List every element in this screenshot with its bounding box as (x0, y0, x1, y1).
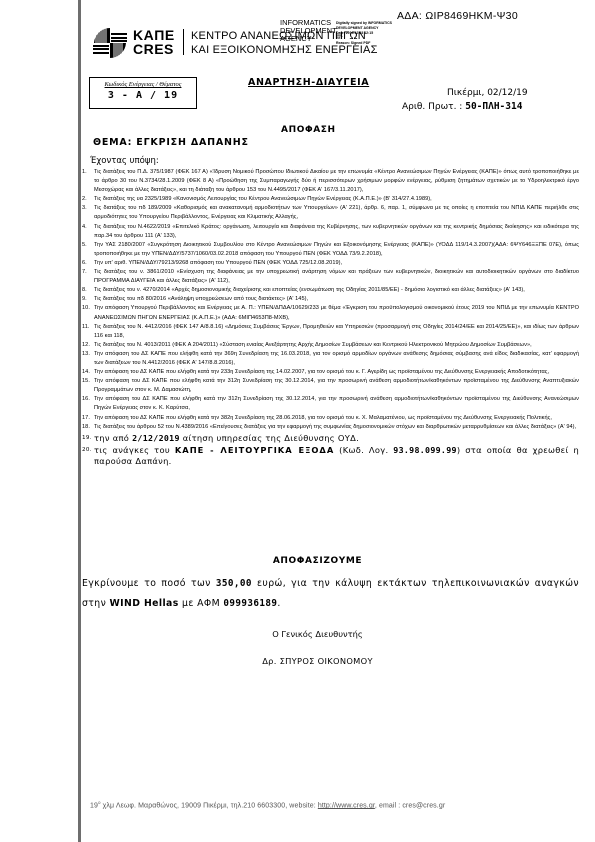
consideration-item: 12.Τις διατάξεις του Ν. 4013/2011 (ΦΕΚ Α… (82, 341, 579, 350)
consideration-item: 1.Τις διατάξεις του Π.Δ. 375/1987 (ΦΕΚ 1… (82, 168, 579, 195)
item-number: 6. (82, 259, 92, 268)
protocol-label: Αριθ. Πρωτ. : (402, 102, 462, 112)
consideration-item: 14.Την απόφαση του ΔΣ ΚΑΠΕ που ελήφθη κα… (82, 368, 579, 377)
posting-label: ΑΝΑΡΤΗΣΗ-ΔΙΑΥΓΕΙΑ (248, 77, 369, 88)
item-number: 11. (82, 323, 92, 332)
consideration-item: 20. τις ανάγκες του ΚΑΠΕ - ΛΕΙΤΟΥΡΓΙΚΑ Ε… (82, 445, 579, 467)
item-number: 1. (82, 168, 92, 177)
item-text: αίτηση υπηρεσίας της Διεύθυνσης ΟΥΔ. (180, 433, 359, 443)
email-link[interactable]: cres@cres.gr (402, 802, 445, 809)
document-date: Πικέρμι, 02/12/19 (447, 88, 528, 98)
considering-label: Έχοντας υπόψη: (90, 156, 159, 166)
item-text: Τις διατάξεις του πδ 80/2016 «Ανάληψη υπ… (94, 296, 308, 302)
consideration-item: 8.Τις διατάξεις του ν. 4270/2014 «Αρχές … (82, 286, 579, 295)
item-number: 8. (82, 286, 92, 295)
item-number: 9. (82, 295, 92, 304)
item-text: Την απόφαση του ΔΣ ΚΑΠΕ που ελήφθη κατά … (94, 396, 579, 411)
item-number: 5. (82, 241, 92, 250)
consideration-item: 3.Τις διατάξεις του πδ 189/2009 «Καθορισ… (82, 204, 579, 222)
consideration-item: 7.Τις διατάξεις του ν. 3861/2010 «Ενίσχυ… (82, 268, 579, 286)
consideration-item: 17.Την απόφαση του ΔΣ ΚΑΠΕ που ελήφθη κα… (82, 414, 579, 423)
footer-address: 19ο χλμ Λεωφ. Μαραθώνος, 19009 Πικέρμι, … (90, 800, 445, 809)
digital-signature-stamp: INFORMATICS DEVELOPMENT AGENCY (280, 19, 337, 43)
document-subject: ΘΕΜΑ: ΕΓΚΡΙΣΗ ΔΑΠΑΝΗΣ (93, 137, 249, 148)
footer-km: 19 (90, 802, 98, 809)
item-text: τις ανάγκες του (94, 445, 175, 455)
item-text: Τις διατάξεις του ν. 3861/2010 «Ενίσχυση… (94, 269, 579, 284)
kape-logo-icon (92, 26, 128, 60)
decision-text: Εγκρίνουμε το ποσό των 350,00 ευρώ, για … (82, 574, 579, 614)
consideration-item: 9.Τις διατάξεις του πδ 80/2016 «Ανάληψη … (82, 295, 579, 304)
resolution-heading: ΑΠΟΦΑΣΙΖΟΥΜΕ (0, 556, 595, 566)
item-number: 7. (82, 268, 92, 277)
item-text: Τις διατάξεις του Π.Δ. 375/1987 (ΦΕΚ 167… (94, 169, 579, 193)
stamp-line-3: AGENCY (280, 35, 337, 43)
protocol-value: 50-ΠΛΗ-314 (465, 101, 522, 112)
decision-text-part: Εγκρίνουμε το ποσό των (82, 578, 216, 589)
item-text: Τις διατάξεις του Ν. 4412/2016 (ΦΕΚ 147 … (94, 324, 579, 339)
document-title: ΑΠΟΦΑΣΗ (281, 125, 336, 135)
signer-name: Δρ. ΣΠΥΡΟΣ ΟΙΚΟΝΟΜΟΥ (0, 656, 595, 666)
item-number: 4. (82, 223, 92, 232)
considerations-list: 1.Τις διατάξεις του Π.Δ. 375/1987 (ΦΕΚ 1… (82, 168, 579, 467)
item-text: Την απόφαση Υπουργού Περιβάλλοντος και Ε… (94, 305, 579, 320)
account-code: 93.98.099.99 (393, 445, 457, 455)
item-number: 12. (82, 341, 92, 350)
item-number: 17. (82, 414, 92, 423)
item-number: 19. (82, 433, 92, 444)
request-date: 2/12/2019 (132, 433, 180, 443)
afm-label: με ΑΦΜ (179, 598, 224, 609)
protocol-number: Αριθ. Πρωτ. : 50-ΠΛΗ-314 (402, 101, 522, 112)
item-number: 18. (82, 423, 92, 432)
left-margin-bar (78, 0, 81, 842)
footer-address-text: χλμ Λεωφ. Μαραθώνος, 19009 Πικέρμι, τηλ.… (101, 802, 318, 809)
item-text: Τις διατάξεις του άρθρου 52 του Ν.4389/2… (94, 424, 576, 430)
item-text: Τις διατάξεις του Ν.4622/2019 «Επιτελικό… (94, 224, 579, 239)
item-text: Τις διατάξεις της υα 2325/1989 «Κανονισμ… (94, 196, 432, 202)
item-text: Την απόφαση του ΔΣ ΚΑΠΕ που ελήφθη κατά … (94, 415, 552, 421)
website-link[interactable]: http://www.cres.gr (318, 802, 375, 809)
consideration-item: 4.Τις διατάξεις του Ν.4622/2019 «Επιτελι… (82, 223, 579, 241)
ada-code: ΑΔΑ: ΩΙΡ8469ΗΚΜ-Ψ30 (397, 10, 518, 22)
item-number: 13. (82, 350, 92, 359)
item-number: 20. (82, 445, 92, 456)
vendor-name: WIND Hellas (110, 598, 179, 609)
item-text: την από (94, 433, 132, 443)
consideration-item: 2.Τις διατάξεις της υα 2325/1989 «Κανονι… (82, 195, 579, 204)
item-number: 3. (82, 204, 92, 213)
brand-name: ΚΑΠΕ CRES (133, 28, 175, 56)
consideration-item: 19. την από 2/12/2019 αίτηση υπηρεσίας τ… (82, 433, 579, 444)
consideration-item: 13.Την απόφαση του ΔΣ ΚΑΠΕ που ελήφθη κα… (82, 350, 579, 368)
consideration-item: 11.Τις διατάξεις του Ν. 4412/2016 (ΦΕΚ 1… (82, 323, 579, 341)
digital-signature-details: Digitally signed by INFORMATICS DEVELOPM… (336, 21, 392, 46)
item-text: Τις διατάξεις του πδ 189/2009 «Καθορισμό… (94, 205, 579, 220)
consideration-item: 16.Την απόφαση του ΔΣ ΚΑΠΕ που ελήφθη κα… (82, 395, 579, 413)
item-text: Την απόφαση του ΔΣ ΚΑΠΕ που ελήφθη κατά … (94, 351, 579, 366)
budget-line-name: ΚΑΠΕ - ΛΕΙΤΟΥΡΓΙΚΑ ΕΞΟΔΑ (175, 445, 334, 455)
consideration-item: 6.Την υπ' αριθ. ΥΠΕΝ/ΔΔΥ/79213/9268 απόφ… (82, 259, 579, 268)
action-code-value: 3 - Α / 19 (90, 90, 196, 101)
vendor-afm: 099936189 (223, 598, 277, 609)
item-text: Την απόφαση του ΔΣ ΚΑΠΕ που ελήφθη κατά … (94, 369, 549, 375)
consideration-item: 5.Την ΥΑΣ 2180/2007 «Συγκρότηση Διοικητι… (82, 241, 579, 259)
consideration-item: 10.Την απόφαση Υπουργού Περιβάλλοντος κα… (82, 304, 579, 322)
action-code-label: Κωδικός Ενέργειας / Θέματος (90, 81, 196, 88)
stamp-detail-5: Reason: Signed PDF (336, 41, 392, 46)
brand-line-greek: ΚΑΠΕ (133, 28, 175, 42)
item-text: Τις διατάξεις του ν. 4270/2014 «Αρχές δη… (94, 287, 525, 293)
item-text: Την απόφαση του ΔΣ ΚΑΠΕ που ελήφθη κατά … (94, 378, 579, 393)
action-code-box: Κωδικός Ενέργειας / Θέματος 3 - Α / 19 (89, 77, 197, 109)
consideration-item: 18.Τις διατάξεις του άρθρου 52 του Ν.438… (82, 423, 579, 432)
item-number: 16. (82, 395, 92, 404)
email-label: , email : (375, 802, 402, 809)
item-number: 10. (82, 304, 92, 313)
item-text: (Κωδ. Λογ. (334, 445, 393, 455)
item-number: 15. (82, 377, 92, 386)
brand-separator (183, 29, 184, 55)
item-text: Την υπ' αριθ. ΥΠΕΝ/ΔΔΥ/79213/9268 απόφασ… (94, 260, 342, 266)
item-text: Την ΥΑΣ 2180/2007 «Συγκρότηση Διοικητικο… (94, 242, 579, 257)
decision-text-part: . (277, 598, 280, 609)
item-number: 2. (82, 195, 92, 204)
brand-line-latin: CRES (133, 42, 175, 56)
signer-title: Ο Γενικός Διευθυντής (0, 629, 595, 639)
item-number: 14. (82, 368, 92, 377)
approved-amount: 350,00 (216, 578, 252, 589)
item-text: Τις διατάξεις του Ν. 4013/2011 (ΦΕΚ Α 20… (94, 342, 532, 348)
consideration-item: 15.Την απόφαση του ΔΣ ΚΑΠΕ που ελήφθη κα… (82, 377, 579, 395)
